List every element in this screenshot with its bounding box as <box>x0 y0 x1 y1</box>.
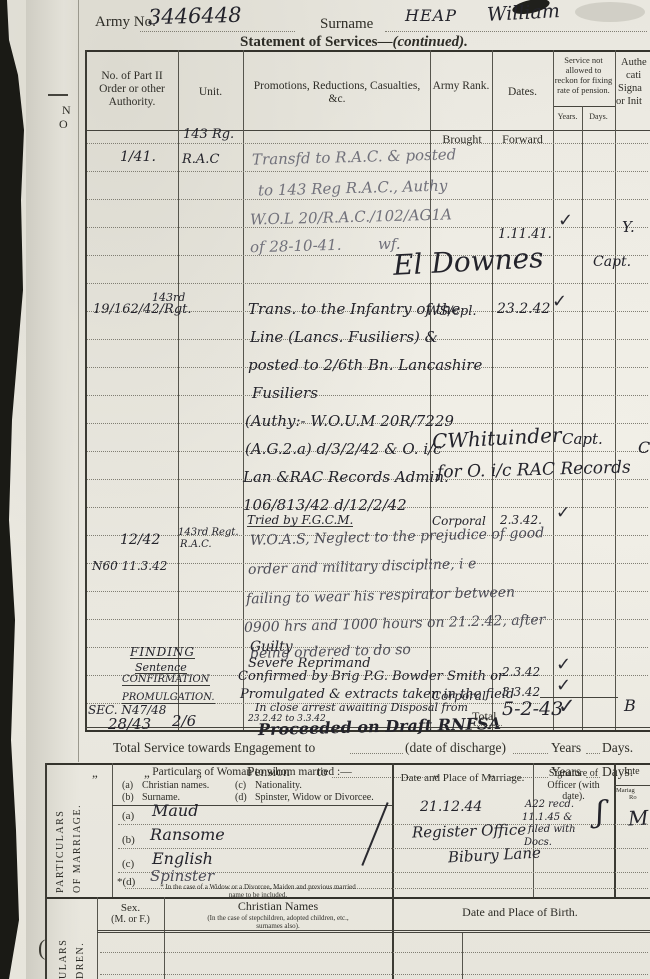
margin-letter-o: O <box>59 118 68 132</box>
entry3-authority-2: N60 11.3.42 <box>92 560 167 572</box>
dotted-rule <box>350 753 403 754</box>
children-column-names-sub1: (In the case of stepchildren, adopted ch… <box>164 914 392 922</box>
column-header-unit: Unit. <box>178 86 243 99</box>
column-header-days: Days. <box>582 112 615 121</box>
closing-ref-a: 28/43 <box>108 717 151 732</box>
entry1-unit-line1: 143 Rg. <box>183 128 234 141</box>
entry2-line-2: Line (Lancs. Fusiliers) & <box>250 330 438 345</box>
entry1-line-2: to 143 Reg R.A.C., Authy <box>258 179 448 199</box>
children-side-label-1: ULARS <box>58 939 69 979</box>
column-header-rank: Army Rank. <box>432 80 490 93</box>
entry3-confirmation-tick: ✓ <box>556 656 571 674</box>
total-tick: ✓ <box>558 696 576 717</box>
children-column-names-sub2: surnames also). <box>164 922 392 930</box>
total-value: 5-2-43 <box>502 700 563 719</box>
dotted-rule <box>586 753 600 754</box>
entry2-line-4: Fusiliers <box>252 386 318 401</box>
marriage-item-d-label: Spinster, Widow or Divorcee. <box>255 792 374 804</box>
marriage-row-a-key: (a) <box>122 810 134 823</box>
column-header-authentication-line4: or Init <box>616 96 642 108</box>
dotted-rule <box>474 725 502 726</box>
marriage-item-a-key: (a) <box>122 780 133 792</box>
date-of-discharge-label: (date of discharge) <box>405 740 506 756</box>
entry2-line-8: 106/813/42 d/12/2/42 <box>243 498 407 513</box>
marriage-item-d-key: (d) <box>235 792 247 804</box>
entry3-line-4: 0900 hrs and 1000 hours on 21.2.42, afte… <box>244 613 546 635</box>
entry2-tried-rank: Corporal <box>432 515 486 527</box>
entry2-rank: WS/cpl. <box>426 305 477 318</box>
column-header-pension: Service not allowed to reckon for fixing… <box>554 55 613 95</box>
children-column-sex-line1: Sex. <box>97 902 164 915</box>
marriage-officer-line4: Docs. <box>524 838 552 848</box>
entry3-finding-value: Guilty <box>250 640 293 654</box>
marriage-item-c-key: (c) <box>235 780 246 792</box>
entry1-line-3: W.O.L 20/R.A.C./102/AG1A <box>250 207 452 227</box>
closing-flourish: B <box>624 698 636 714</box>
entry1-unit-line2: R.A.C <box>182 153 219 166</box>
forward-label: Forward <box>494 133 551 147</box>
marriage-officer-line1: A22 recd. <box>525 800 574 810</box>
marriage-footnote-line1: * In the case of a Widow or a Divorcee, … <box>128 883 388 891</box>
total-label: Total <box>472 710 497 724</box>
closing-draft-note: Proceeded on Draft RNFSA <box>258 716 501 738</box>
entry3-line-3: failing to wear his respirator between <box>246 585 515 606</box>
entry2-line-7: Lan &RAC Records Admin. <box>243 470 449 485</box>
marriage-item-a-label: Christian names. <box>142 780 209 792</box>
marriage-value-nationality: English <box>152 851 213 867</box>
column-header-dates: Dates. <box>492 86 553 99</box>
entry2-tried-by: Tried by F.G.C.M. <box>247 514 353 527</box>
marriage-header: Particulars of Woman to whom married :— <box>115 766 389 779</box>
marriage-row-c-key: (c) <box>122 858 134 871</box>
marriage-margin-flourish: M <box>627 807 649 828</box>
army-number-value: 3446448 <box>148 5 242 28</box>
entry2-line-6: (A.G.2.a) d/3/2/42 & O. i/c <box>245 442 442 457</box>
engagement-years-label: Years <box>551 740 581 756</box>
entry1-officer-signature: El Downes <box>392 244 544 280</box>
marriage-item-c-label: Nationality. <box>255 780 302 792</box>
entry3-line-2: order and military discipline, i e <box>248 557 477 577</box>
margin-dash <box>48 94 68 96</box>
entry2-date: 23.2.42 <box>497 302 550 316</box>
children-column-birth: Date and Place of Birth. <box>392 906 648 920</box>
marriage-place-line1: Register Office <box>412 823 526 841</box>
service-record-scan: N O ( Army No. 3446448 Surname HEAP Will… <box>0 0 650 979</box>
entry3-promulgation-tick: ✓ <box>556 677 571 695</box>
entry1-line-4: of 28-10-41. <box>250 238 342 255</box>
scan-blotch <box>575 2 645 22</box>
dotted-rule <box>513 753 548 754</box>
marriage-row-b-key: (b) <box>122 834 135 847</box>
engagement-days-label: Days. <box>602 740 633 756</box>
surname-label: Surname <box>320 16 373 33</box>
children-column-sex-line2: (M. or F.) <box>97 914 164 926</box>
marriage-officer-line2: 11.1.45 & <box>522 813 572 823</box>
under-page-edge <box>78 0 79 762</box>
marriage-column-cut-3: Ro <box>629 794 637 801</box>
page-title: Statement of Services—(continued). <box>240 34 468 51</box>
entry3-confirmation-date: 2.3.42 <box>502 666 540 678</box>
column-header-years: Years. <box>553 112 582 121</box>
entry2-tried-tick: ✓ <box>556 505 570 522</box>
page-title-main: Statement of Services— <box>240 34 392 50</box>
entry2-margin-fragment: C <box>638 440 650 456</box>
entry3-unit-line1: 143rd Regt. <box>178 528 239 538</box>
entry3-line-1: W.O.A.S, Neglect to the prejudice of goo… <box>250 526 545 548</box>
marriage-officer-flourish: ʃ <box>596 798 604 828</box>
entry1-pension-tick: ✓ <box>558 212 573 230</box>
entry3-unit-line2: R.A.C. <box>180 540 212 550</box>
marriage-column-cut-1: Inte <box>624 766 640 778</box>
marriage-column-date-place: Date and Place of Marriage. <box>394 772 531 785</box>
closing-ref-b: 2/6 <box>172 714 196 729</box>
scan-tear-edge <box>0 0 26 979</box>
marriage-place-line2: Bibury Lane <box>448 846 542 866</box>
marriage-side-label-2: OF MARRIAGE. <box>72 804 83 893</box>
entry2-officer-rank: Capt. <box>562 432 603 447</box>
column-header-authentication-line3: Signa <box>618 83 642 95</box>
marriage-date-value: 21.12.44 <box>420 800 482 814</box>
marriage-value-status: Spinster <box>150 869 214 884</box>
marriage-value-surname: Ransome <box>150 827 225 843</box>
marriage-value-christian-names: Maud <box>152 803 198 819</box>
column-header-authentication-line2: cati <box>626 70 641 82</box>
entry1-officer-rank: Capt. <box>593 255 631 269</box>
entry3-promulgation-date: 3.3.42 <box>502 686 540 698</box>
column-header-authentication-line1: Authe <box>621 57 647 69</box>
entry1-authority: 1/41. <box>120 150 156 164</box>
children-side-label-2: DREN. <box>75 942 86 979</box>
forename-value: William <box>487 2 561 25</box>
entry2-pension-tick: ✓ <box>552 293 567 311</box>
page-title-continued: (continued). <box>392 34 467 50</box>
entry1-line-1: Transfd to R.A.C. & posted <box>252 147 457 167</box>
margin-letter-n: N <box>62 104 71 118</box>
marriage-item-b-key: (b) <box>122 792 134 804</box>
entry3-sentence-label: Sentence <box>135 662 187 674</box>
entry3-confirmation-value: Confirmed by Brig P.G. Bowder Smith or <box>238 670 504 683</box>
entry1-authentication-mark: Y. <box>622 220 635 235</box>
closing-arrest-line1: In close arrest awaiting Disposal from <box>255 702 468 713</box>
entry2-line-3: posted to 2/6th Bn. Lancashire <box>248 358 482 373</box>
entry2-tried-date: 2.3.42. <box>500 514 542 526</box>
entry3-finding-label: FINDING <box>130 646 195 659</box>
column-header-promotions: Promotions, Reductions, Casualties, &c. <box>248 80 426 106</box>
entry2-authority: 19/162/42/Rgt. <box>93 303 192 316</box>
ditto-mark-1: „ <box>92 766 98 781</box>
entry2-officer-signature: CWhituinder <box>432 425 562 452</box>
entry2-line-5: (Authy:- W.O.U.M 20R/7229 <box>245 414 454 429</box>
dotted-rule <box>140 31 295 32</box>
entry3-confirmation-label: CONFIRMATION <box>122 675 210 686</box>
army-number-label: Army No. <box>95 14 156 31</box>
surname-value: HEAP <box>405 8 457 24</box>
entry1-date: 1.11.41. <box>498 228 552 241</box>
marriage-officer-line3: filed with <box>528 825 576 835</box>
entry3-authority-1: 12/42 <box>120 533 160 547</box>
dotted-rule <box>385 31 647 32</box>
children-column-names: Christian Names <box>164 900 392 914</box>
marriage-check-stroke <box>361 802 388 866</box>
column-header-authority: No. of Part II Order or other Authority. <box>88 70 176 110</box>
entry2-signature-for: for O. i/c RAC Records <box>437 459 631 481</box>
marriage-side-label-1: PARTICULARS <box>55 810 66 893</box>
engagement-label: Total Service towards Engagement to <box>113 740 315 756</box>
